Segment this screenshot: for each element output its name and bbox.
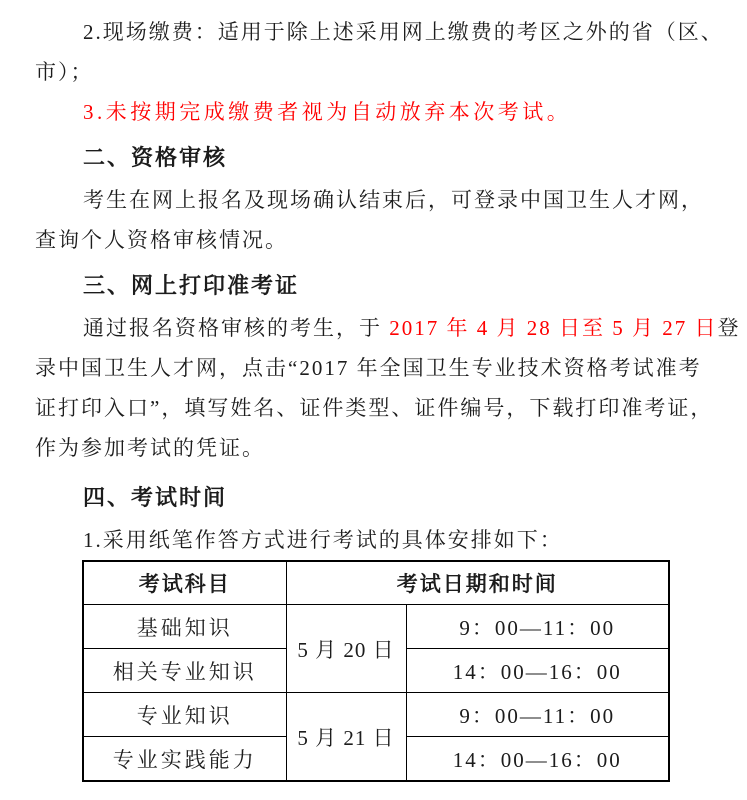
payment-item2-line2: 市）； (35, 52, 712, 92)
exam-time-paragraph-line1: 1.采用纸笔作答方式进行考试的具体安排如下： (35, 520, 712, 560)
section-heading-print-ticket: 三、网上打印准考证 (35, 264, 712, 308)
table-header-datetime: 考试日期和时间 (286, 561, 669, 605)
print-ticket-paragraph-line3: 证打印入口”，填写姓名、证件类型、证件编号，下载打印准考证， (35, 388, 712, 428)
print-ticket-paragraph-line1: 通过报名资格审核的考生，于 2017 年 4 月 28 日至 5 月 27 日登 (35, 308, 712, 348)
qualification-paragraph-line2: 查询个人资格审核情况。 (35, 220, 712, 260)
exam-schedule-table: 考试科目 考试日期和时间 基础知识 5 月 20 日 9：00—11：00 相关… (82, 560, 670, 782)
table-row: 基础知识 5 月 20 日 9：00—11：00 (83, 605, 669, 649)
table-row: 专业知识 5 月 21 日 9：00—11：00 (83, 693, 669, 737)
print-ticket-paragraph-line4: 作为参加考试的凭证。 (35, 428, 712, 468)
table-header-subject: 考试科目 (83, 561, 286, 605)
print-ticket-line1-tail: 登 (718, 316, 741, 340)
cell-time-r4: 14：00—16：00 (406, 737, 669, 782)
section-heading-exam-time: 四、考试时间 (35, 476, 712, 520)
cell-subject-related-knowledge: 相关专业知识 (83, 649, 286, 693)
cell-time-r1: 9：00—11：00 (406, 605, 669, 649)
document-page: 2.现场缴费：适用于除上述采用网上缴费的考区之外的省（区、 市）； 3.未按期完… (0, 0, 747, 782)
cell-subject-basic-knowledge: 基础知识 (83, 605, 286, 649)
cell-time-r3: 9：00—11：00 (406, 693, 669, 737)
qualification-paragraph-line1: 考生在网上报名及现场确认结束后，可登录中国卫生人才网， (35, 180, 712, 220)
payment-item3-warning: 3.未按期完成缴费者视为自动放弃本次考试。 (35, 92, 712, 132)
print-ticket-paragraph-line2: 录中国卫生人才网，点击“2017 年全国卫生专业技术资格考试准考 (35, 348, 712, 388)
cell-date-may-20: 5 月 20 日 (286, 605, 406, 693)
cell-time-r2: 14：00—16：00 (406, 649, 669, 693)
print-ticket-line1-text: 通过报名资格审核的考生，于 (83, 316, 389, 340)
print-ticket-date-range: 2017 年 4 月 28 日至 5 月 27 日 (389, 316, 717, 340)
cell-subject-professional-knowledge: 专业知识 (83, 693, 286, 737)
payment-item2-line1: 2.现场缴费：适用于除上述采用网上缴费的考区之外的省（区、 (35, 12, 712, 52)
section-heading-qualification: 二、资格审核 (35, 136, 712, 180)
cell-date-may-21: 5 月 21 日 (286, 693, 406, 782)
table-header-row: 考试科目 考试日期和时间 (83, 561, 669, 605)
cell-subject-practical-ability: 专业实践能力 (83, 737, 286, 782)
